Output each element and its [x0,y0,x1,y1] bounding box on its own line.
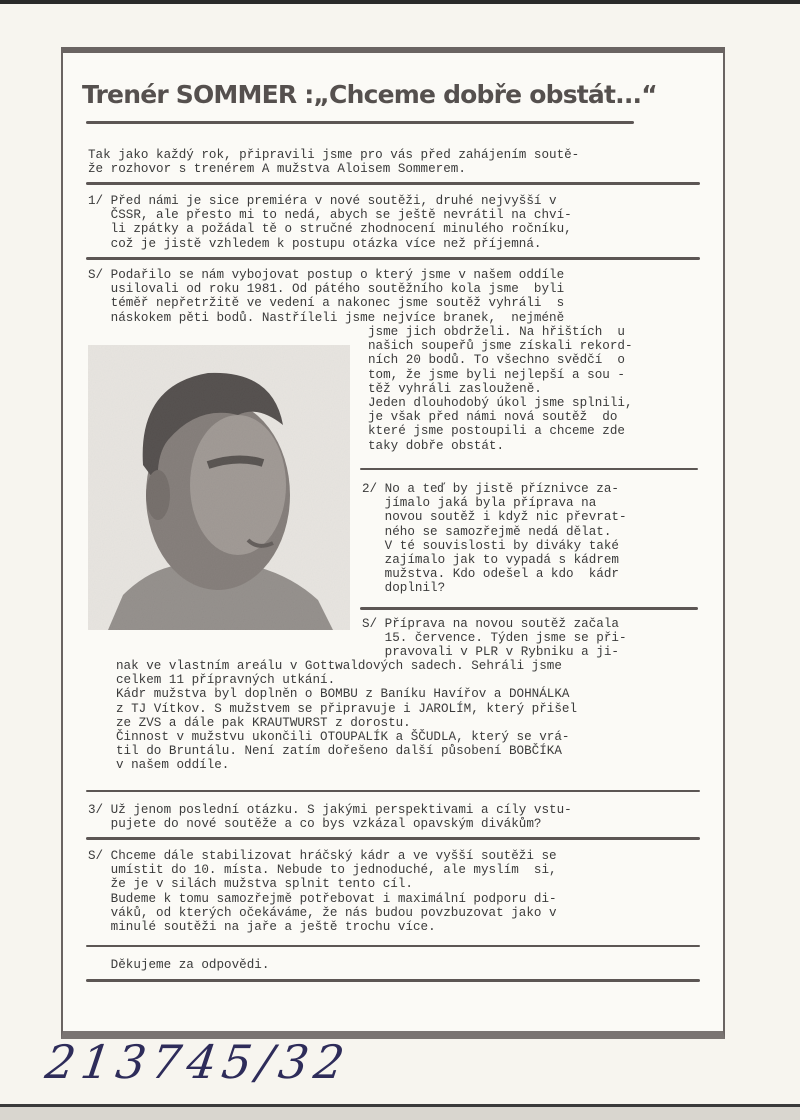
scan-margin [0,1107,800,1120]
divider [360,468,698,470]
answer-2-side: S/ Příprava na novou soutěž začala 15. č… [362,617,627,660]
answer-3: S/ Chceme dále stabilizovat hráčský kádr… [88,849,557,934]
answer-1-top: S/ Podařilo se nám vybojovat postup o kt… [88,268,564,325]
title-underline [86,121,634,124]
page-top-edge [0,0,800,4]
portrait-icon [88,345,350,630]
divider [86,257,700,260]
divider [86,837,700,840]
answer-1-side: jsme jich obdrželi. Na hřištích u našich… [368,325,633,453]
question-2: 2/ No a teď by jistě příznivce za- jímal… [362,482,627,596]
question-1: 1/ Před námi je sice premiéra v nové sou… [88,194,572,251]
question-3: 3/ Už jenom poslední otázku. S jakými pe… [88,803,572,831]
divider [360,607,698,610]
handwritten-archive-number: 213745/32 [42,1035,353,1089]
article-title: Trenér SOMMER :„Chceme dobře obstát...“ [82,80,657,109]
divider [86,182,700,185]
closing-thanks: Děkujeme za odpovědi. [88,958,269,972]
divider [86,790,700,792]
divider [86,979,700,982]
coach-portrait-photo [88,345,350,630]
answer-2-full: nak ve vlastním areálu v Gottwaldových s… [116,659,577,773]
intro-text: Tak jako každý rok, připravili jsme pro … [88,148,579,176]
divider [86,945,700,947]
